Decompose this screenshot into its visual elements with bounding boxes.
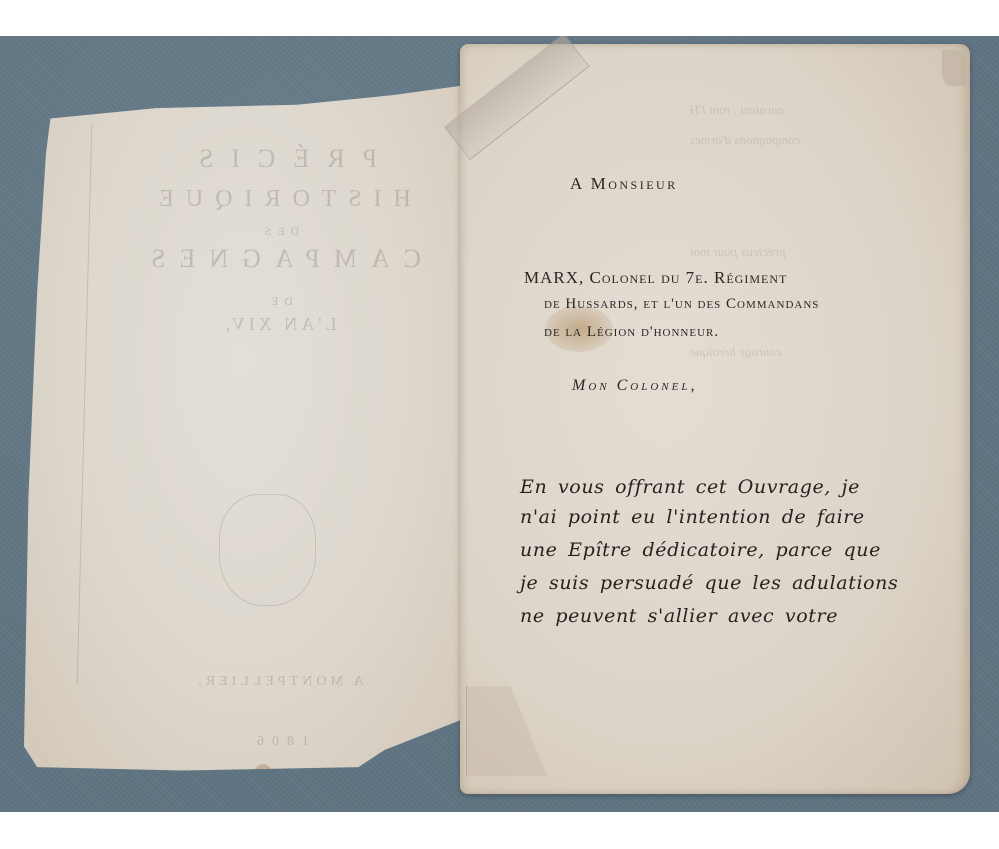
- torn-corner: [942, 50, 966, 86]
- body-line: En vous offrant cet Ouvrage, je: [520, 476, 860, 498]
- showthrough-line: DES: [114, 224, 444, 239]
- recipient-line: de Hussards, et l'un des Commandans: [544, 296, 819, 313]
- showthrough-line: précieux pour moi: [690, 244, 785, 260]
- body-line: ne peuvent s'allier avec votre: [520, 605, 838, 627]
- showthrough-line: courage héroïque: [690, 344, 782, 360]
- showthrough-line: auraient , ront l'H: [690, 102, 784, 118]
- page-crease: [77, 124, 93, 684]
- printer-emblem: [219, 494, 316, 606]
- book-photograph: PRÉCIS HISTORIQUE DES CAMPAGNES DE L'AN …: [0, 36, 999, 812]
- showthrough-line: compagnons d'armes: [690, 132, 800, 148]
- right-page: auraient , ront l'H compagnons d'armes p…: [460, 44, 970, 794]
- showthrough-line: A MONTPELLIER,: [114, 674, 444, 690]
- salutation: Mon Colonel,: [572, 377, 697, 395]
- showthrough-line: 1806: [114, 734, 444, 750]
- showthrough-line: HISTORIQUE: [114, 186, 444, 213]
- folded-corner-top: [444, 36, 590, 160]
- address-line: A Monsieur: [570, 174, 678, 194]
- showthrough-line: PRÉCIS: [114, 144, 444, 174]
- recipient-line: MARX, Colonel du 7e. Régiment: [524, 268, 787, 288]
- showthrough-line: CAMPAGNES: [114, 244, 444, 274]
- folded-corner-bottom: [466, 686, 547, 776]
- left-page: PRÉCIS HISTORIQUE DES CAMPAGNES DE L'AN …: [24, 84, 464, 774]
- showthrough-line: L'AN XIV,: [114, 314, 444, 335]
- water-stain: [252, 764, 274, 796]
- recipient-line: de la Légion d'honneur.: [544, 324, 719, 341]
- showthrough-line: DE: [114, 294, 444, 309]
- body-line: je suis persuadé que les adulations: [520, 572, 898, 594]
- body-line: une Epître dédicatoire, parce que: [520, 539, 881, 561]
- body-line: n'ai point eu l'intention de faire: [520, 506, 865, 528]
